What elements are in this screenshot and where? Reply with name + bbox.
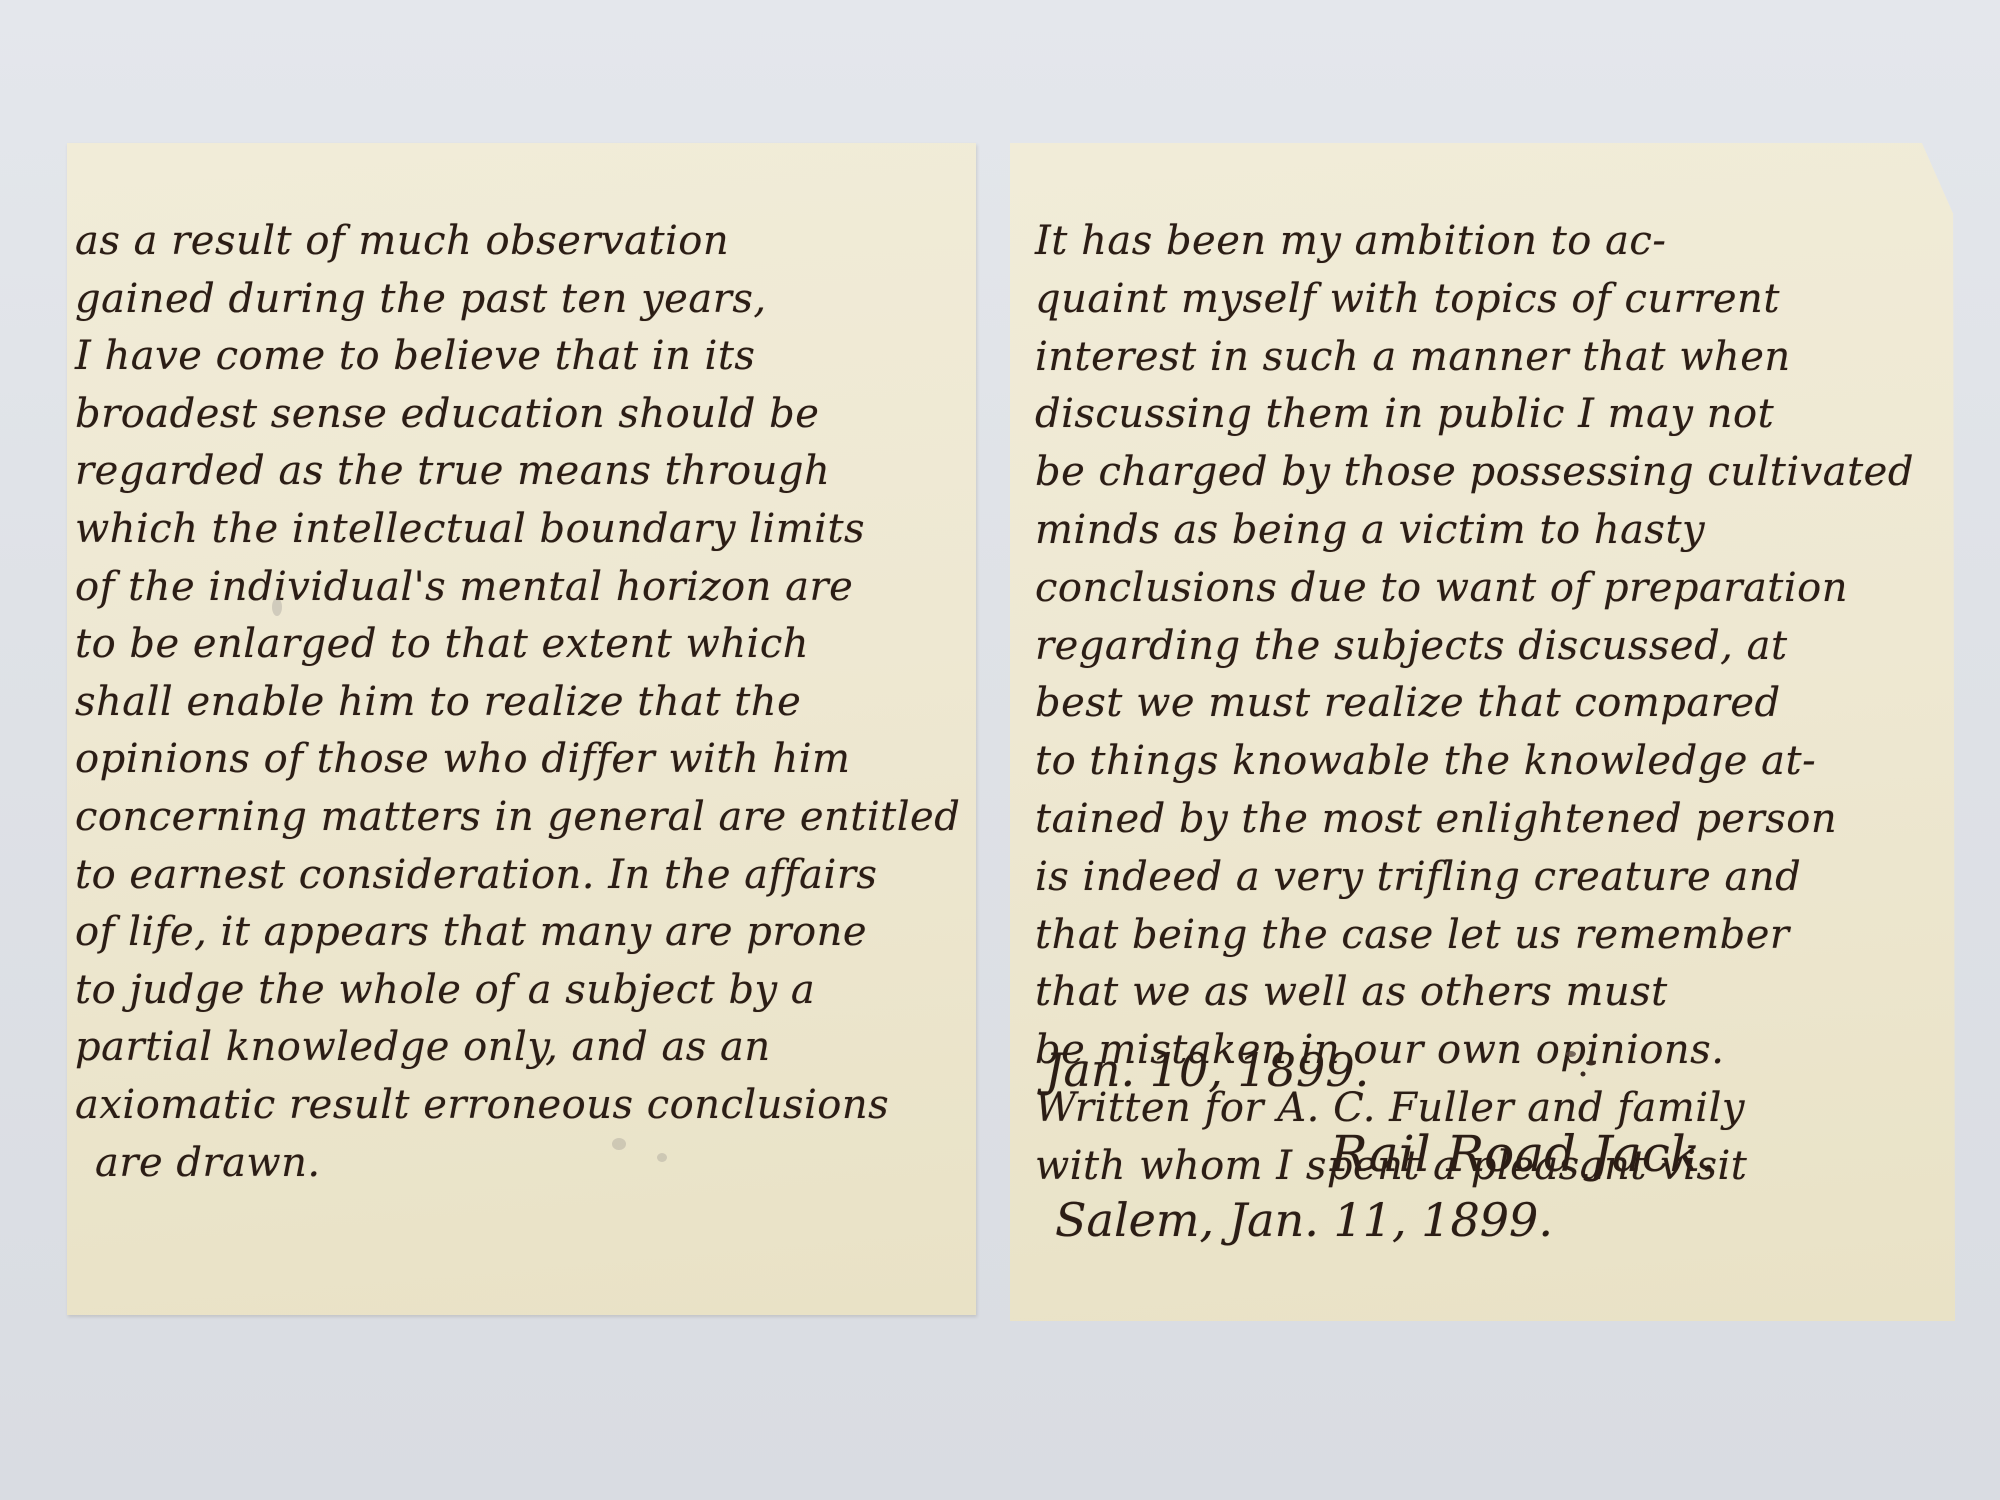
text-line: of life, it appears that many are prone (75, 904, 976, 962)
signature: Rail Road Jack. (1330, 1125, 1716, 1183)
text-line: axiomatic result erroneous conclusions (75, 1077, 976, 1135)
written-date: Jan. 10, 1899. (1045, 1043, 1369, 1097)
text-line: minds as being a victim to hasty (1035, 502, 1955, 560)
text-line: tained by the most enlightened person (1035, 791, 1955, 849)
text-line: conclusions due to want of preparation (1035, 560, 1955, 618)
text-line: partial knowledge only, and as an (75, 1019, 976, 1077)
manuscript-page-right: It has been my ambition to ac- quaint my… (1010, 143, 1955, 1321)
text-line: quaint myself with topics of current (1035, 271, 1955, 329)
text-line: that being the case let us remember (1035, 907, 1955, 965)
left-page-text: as a result of much observation gained d… (67, 213, 976, 1192)
text-line: opinions of those who differ with him (75, 731, 976, 789)
text-line: gained during the past ten years, (75, 271, 976, 329)
manuscript-page-left: as a result of much observation gained d… (67, 143, 976, 1315)
text-line: to earnest consideration. In the affairs (75, 847, 976, 905)
text-line: broadest sense education should be (75, 386, 976, 444)
text-line: I have come to believe that in its (75, 328, 976, 386)
place-and-date: Salem, Jan. 11, 1899. (1055, 1193, 1553, 1247)
ink-smudge (657, 1153, 667, 1162)
text-line: as a result of much observation (75, 213, 976, 271)
text-line: concerning matters in general are entitl… (75, 789, 976, 847)
ink-smudge (612, 1138, 626, 1150)
text-line: that we as well as others must (1035, 964, 1955, 1022)
text-line: to things knowable the knowledge at- (1035, 733, 1955, 791)
ink-flourish-icon (1565, 1048, 1605, 1078)
text-line: be charged by those possessing cultivate… (1035, 444, 1955, 502)
text-line: shall enable him to realize that the (75, 674, 976, 732)
text-line: of the individual's mental horizon are (75, 559, 976, 617)
text-line: regarding the subjects discussed, at (1035, 618, 1955, 676)
text-line: regarded as the true means through (75, 443, 976, 501)
text-line: to be enlarged to that extent which (75, 616, 976, 674)
text-line: interest in such a manner that when (1035, 329, 1955, 387)
text-line: are drawn. (75, 1135, 976, 1193)
text-line: is indeed a very trifling creature and (1035, 849, 1955, 907)
text-line: which the intellectual boundary limits (75, 501, 976, 559)
text-line: discussing them in public I may not (1035, 386, 1955, 444)
text-line: to judge the whole of a subject by a (75, 962, 976, 1020)
text-line: It has been my ambition to ac- (1035, 213, 1955, 271)
text-line: best we must realize that compared (1035, 675, 1955, 733)
ink-smudge (272, 598, 282, 616)
